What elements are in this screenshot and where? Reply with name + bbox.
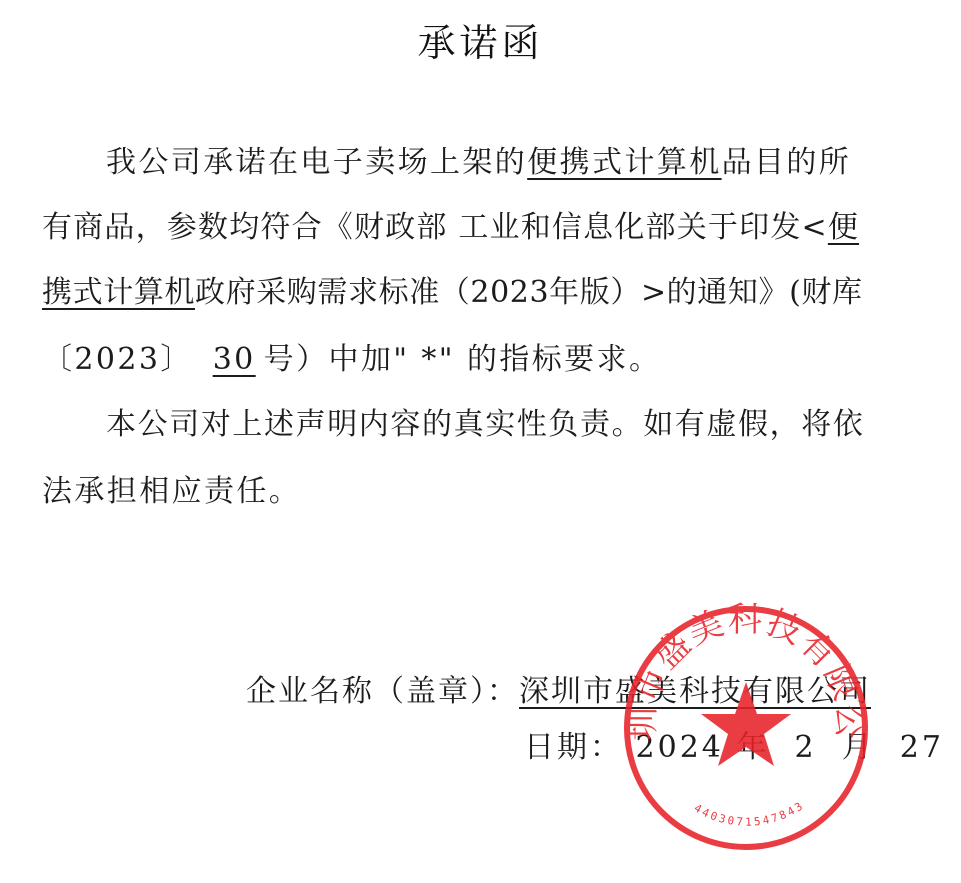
date-label: 日期： bbox=[524, 730, 623, 765]
company-name-row: 企业名称（盖章）：深圳市盛美科技有限公司 bbox=[246, 672, 871, 712]
paragraph2-line1: 本公司对上述声明内容的真实性负责。如有虚假，将依 bbox=[106, 405, 864, 445]
company-name: 深圳市盛美科技有限公司 bbox=[519, 674, 871, 709]
date-month-unit: 月 bbox=[842, 730, 875, 765]
text: 〔2023〕 bbox=[42, 342, 193, 377]
date-day-unit: 日 bbox=[957, 730, 961, 765]
date-row: 日期： 2024 年 2 月 27 日 bbox=[524, 728, 961, 768]
text: 我公司承诺在电子卖场上架的 bbox=[106, 145, 527, 180]
underlined-product-category: 携式计算机 bbox=[42, 275, 195, 310]
date-year: 2024 bbox=[636, 730, 724, 765]
seal-arc-text: 深圳市盛美科技有限公司 bbox=[618, 600, 869, 741]
text: 政府采购需求标准（2023年版）>的通知》(财库 bbox=[195, 275, 863, 310]
date-year-unit: 年 bbox=[736, 730, 769, 765]
date-day: 27 bbox=[900, 730, 944, 765]
document-page: 承诺函 我公司承诺在电子卖场上架的便携式计算机品目的所 有商品，参数均符合《财政… bbox=[0, 0, 961, 883]
text: 号）中加" *" 的指标要求。 bbox=[264, 342, 662, 377]
document-number-blank: 30 bbox=[205, 340, 264, 380]
date-month: 2 bbox=[795, 730, 817, 765]
text: 有商品，参数均符合《财政部 工业和信息化部关于印发< bbox=[42, 210, 828, 245]
paragraph1-line3: 携式计算机政府采购需求标准（2023年版）>的通知》(财库 bbox=[42, 273, 863, 313]
underlined-product-category: 便 bbox=[828, 210, 859, 245]
text: 品目的所 bbox=[722, 145, 852, 180]
company-label: 企业名称（盖章）： bbox=[246, 674, 519, 709]
document-title: 承诺函 bbox=[0, 12, 961, 67]
seal-serial-number: 4403071547843 bbox=[692, 799, 807, 829]
paragraph2-line2: 法承担相应责任。 bbox=[42, 472, 301, 512]
paragraph1-line1: 我公司承诺在电子卖场上架的便携式计算机品目的所 bbox=[106, 143, 851, 183]
underlined-product-category: 便携式计算机 bbox=[527, 145, 721, 180]
paragraph1-line2: 有商品，参数均符合《财政部 工业和信息化部关于印发<便 bbox=[42, 208, 859, 248]
paragraph1-line4: 〔2023〕 30号）中加" *" 的指标要求。 bbox=[42, 340, 661, 380]
